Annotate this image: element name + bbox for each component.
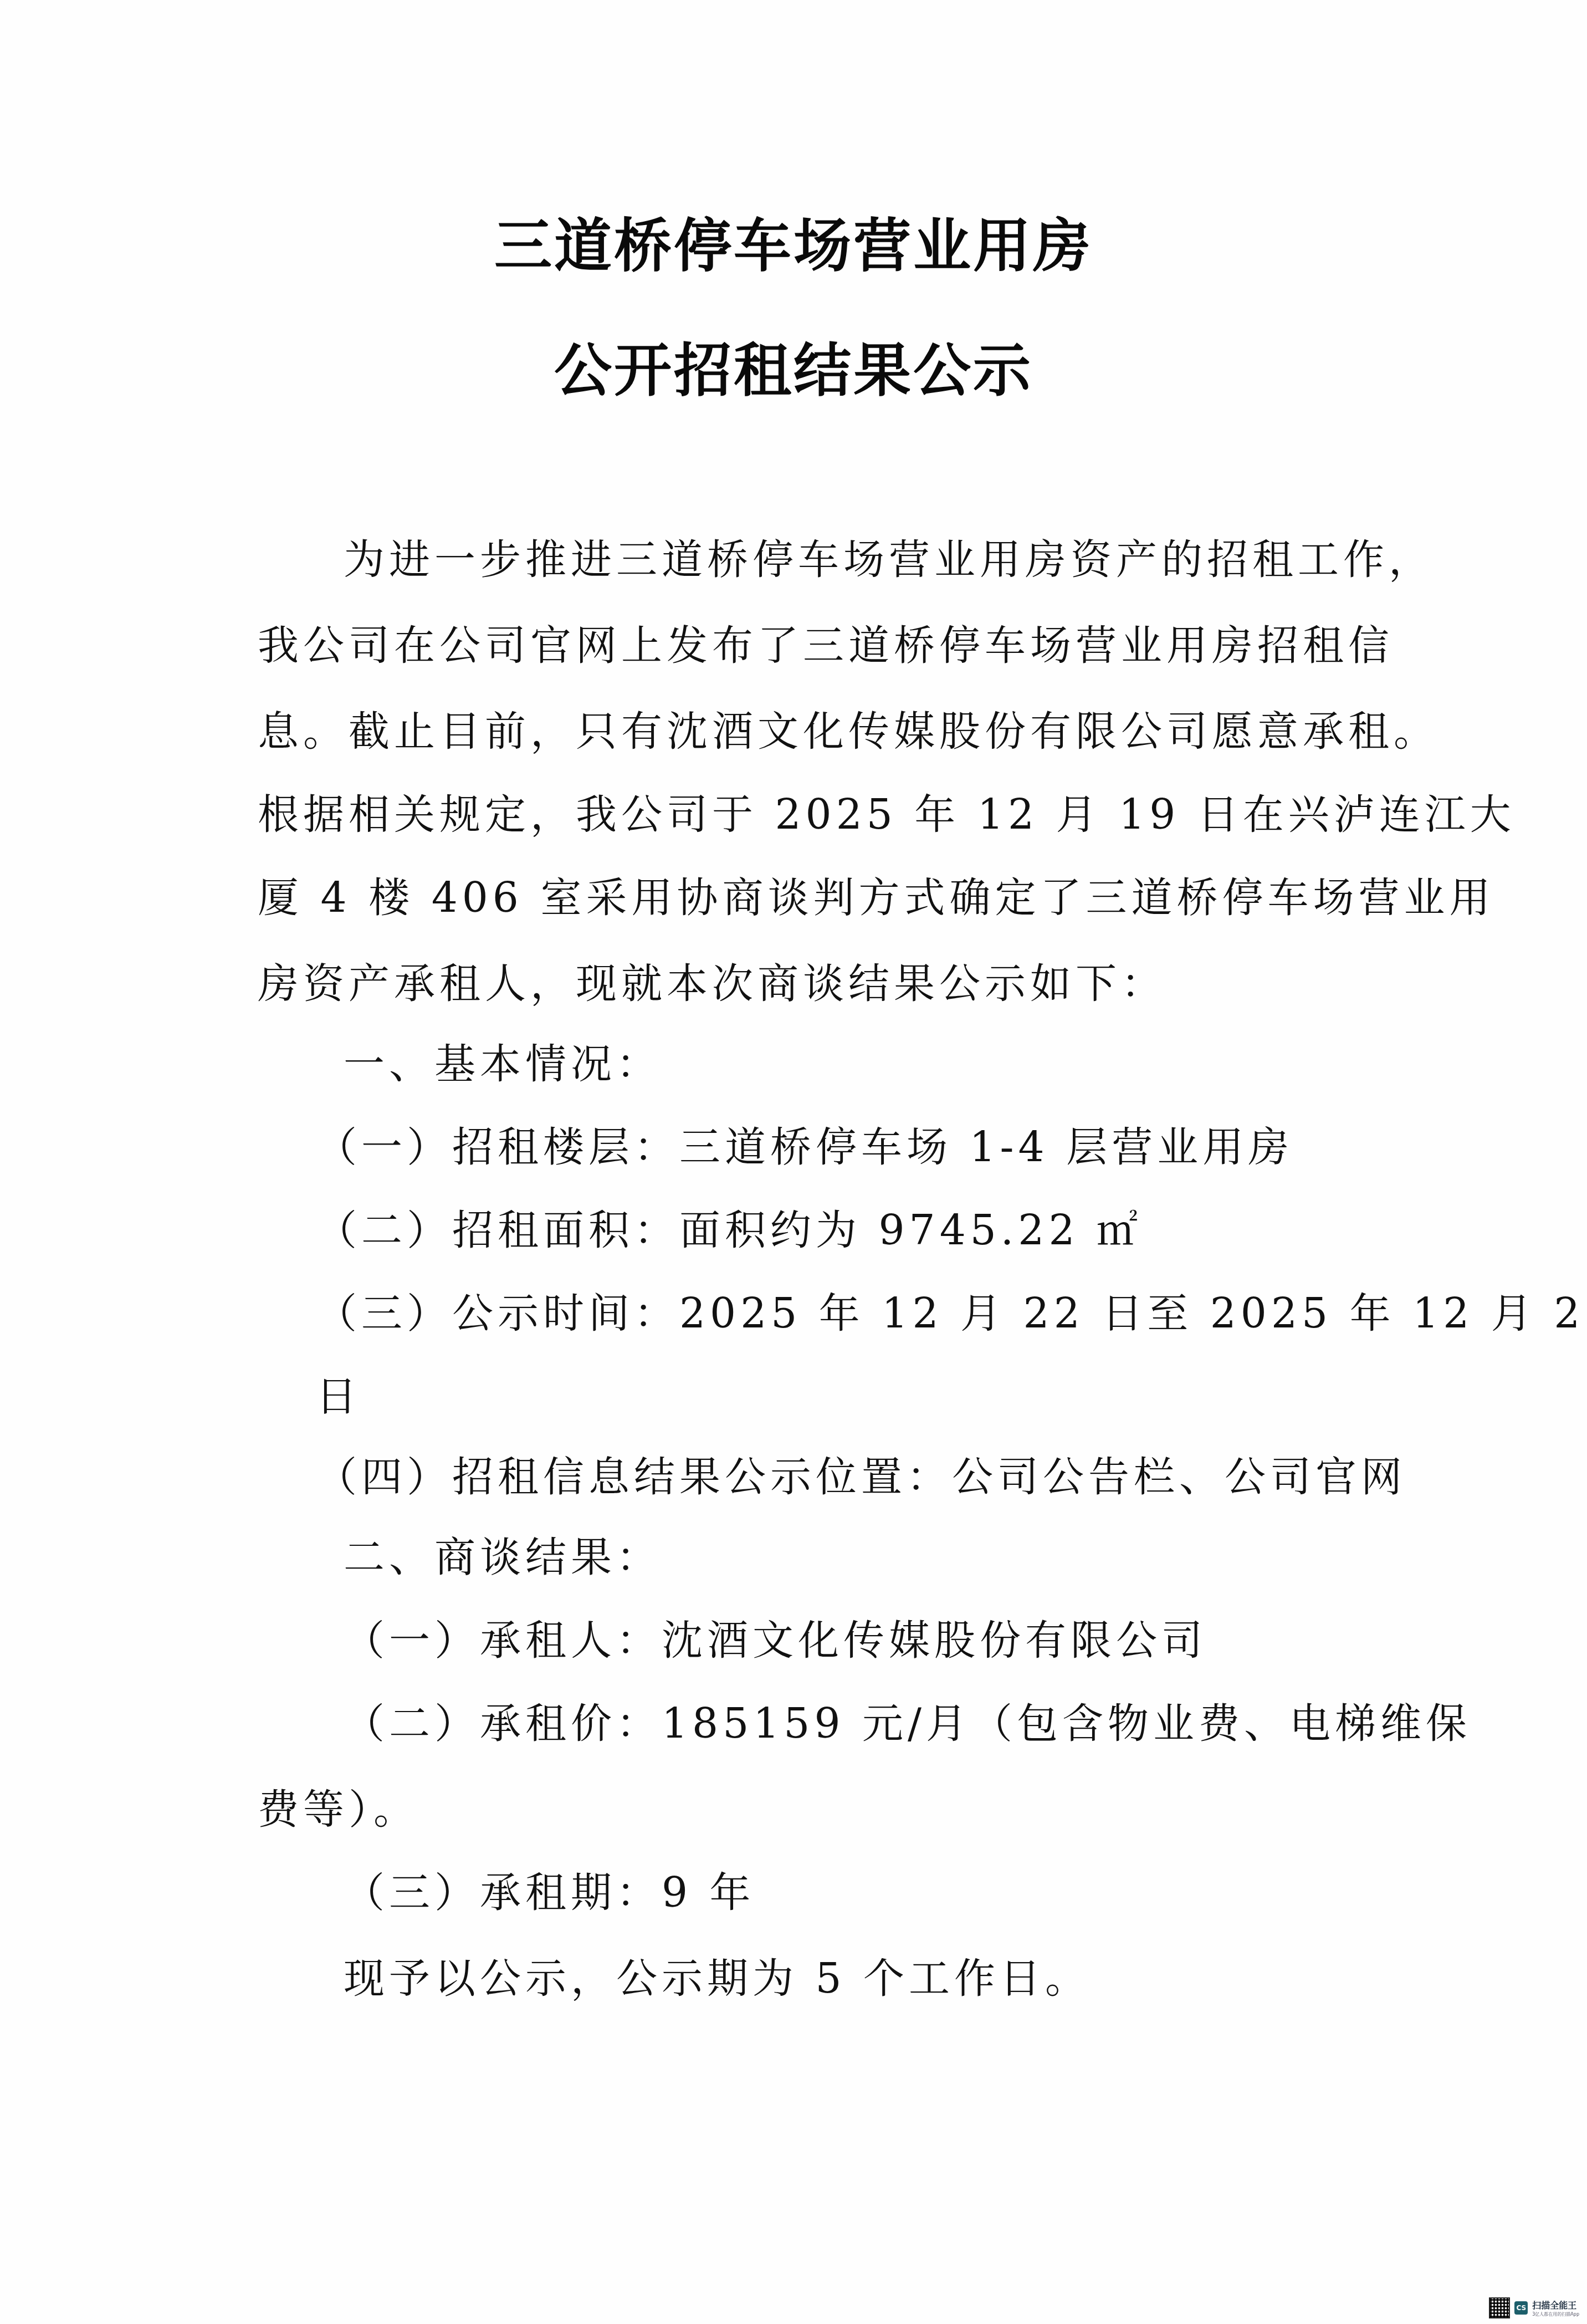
section-1-heading: 一、基本情况： [344,1036,662,1092]
intro-line-1: 为进一步推进三道桥停车场营业用房资产的招租工作， [344,532,1434,588]
scanned-document-page: 三道桥停车场营业用房 公开招租结果公示 为进一步推进三道桥停车场营业用房资产的招… [0,0,1587,2324]
section-2-item-term: （三）承租期：9 年 [344,1865,755,1921]
section-1-item-publicity-time-cont: 日 [316,1369,361,1424]
section-1-item-publicity-time: （三）公示时间：2025 年 12 月 22 日至 2025 年 12 月 26 [316,1286,1587,1341]
intro-line-2: 我公司在公司官网上发布了三道桥停车场营业用房招租信 [258,618,1394,673]
section-1-item-area: （二）招租面积：面积约为 9745.22 ㎡ [316,1203,1142,1258]
watermark-slogan: 3亿人都在用的扫描App [1532,2311,1579,2317]
section-2-item-rent: （二）承租价：185159 元/月（包含物业费、电梯维保 [344,1696,1471,1751]
section-2-heading: 二、商谈结果： [344,1530,662,1585]
section-2-item-lessee: （一）承租人：沈酒文化传媒股份有限公司 [344,1613,1207,1668]
intro-line-4: 根据相关规定，我公司于 2025 年 12 月 19 日在兴泸连江大 [258,787,1516,842]
section-2-item-rent-cont: 费等）。 [258,1782,419,1837]
qr-code-icon [1489,2297,1510,2318]
section-1-item-publicity-location: （四）招租信息结果公示位置：公司公告栏、公司官网 [316,1449,1406,1505]
document-title-line-1: 三道桥停车场营业用房 [0,200,1587,283]
document-title-line-2: 公开招租结果公示 [0,324,1587,407]
closing-statement: 现予以公示，公示期为 5 个工作日。 [344,1951,1091,2006]
section-1-item-floors: （一）招租楼层：三道桥停车场 1-4 层营业用房 [316,1120,1293,1175]
watermark-app-name: 扫描全能王 [1532,2299,1579,2311]
intro-line-5: 厦 4 楼 406 室采用协商谈判方式确定了三道桥停车场营业用 [258,870,1494,926]
camscanner-watermark: CS 扫描全能王 3亿人都在用的扫描App [1489,2297,1579,2318]
camscanner-logo-icon: CS [1514,2301,1528,2315]
intro-line-3: 息。截止目前，只有沈酒文化传媒股份有限公司愿意承租。 [258,704,1439,759]
intro-line-6: 房资产承租人，现就本次商谈结果公示如下： [258,956,1166,1012]
